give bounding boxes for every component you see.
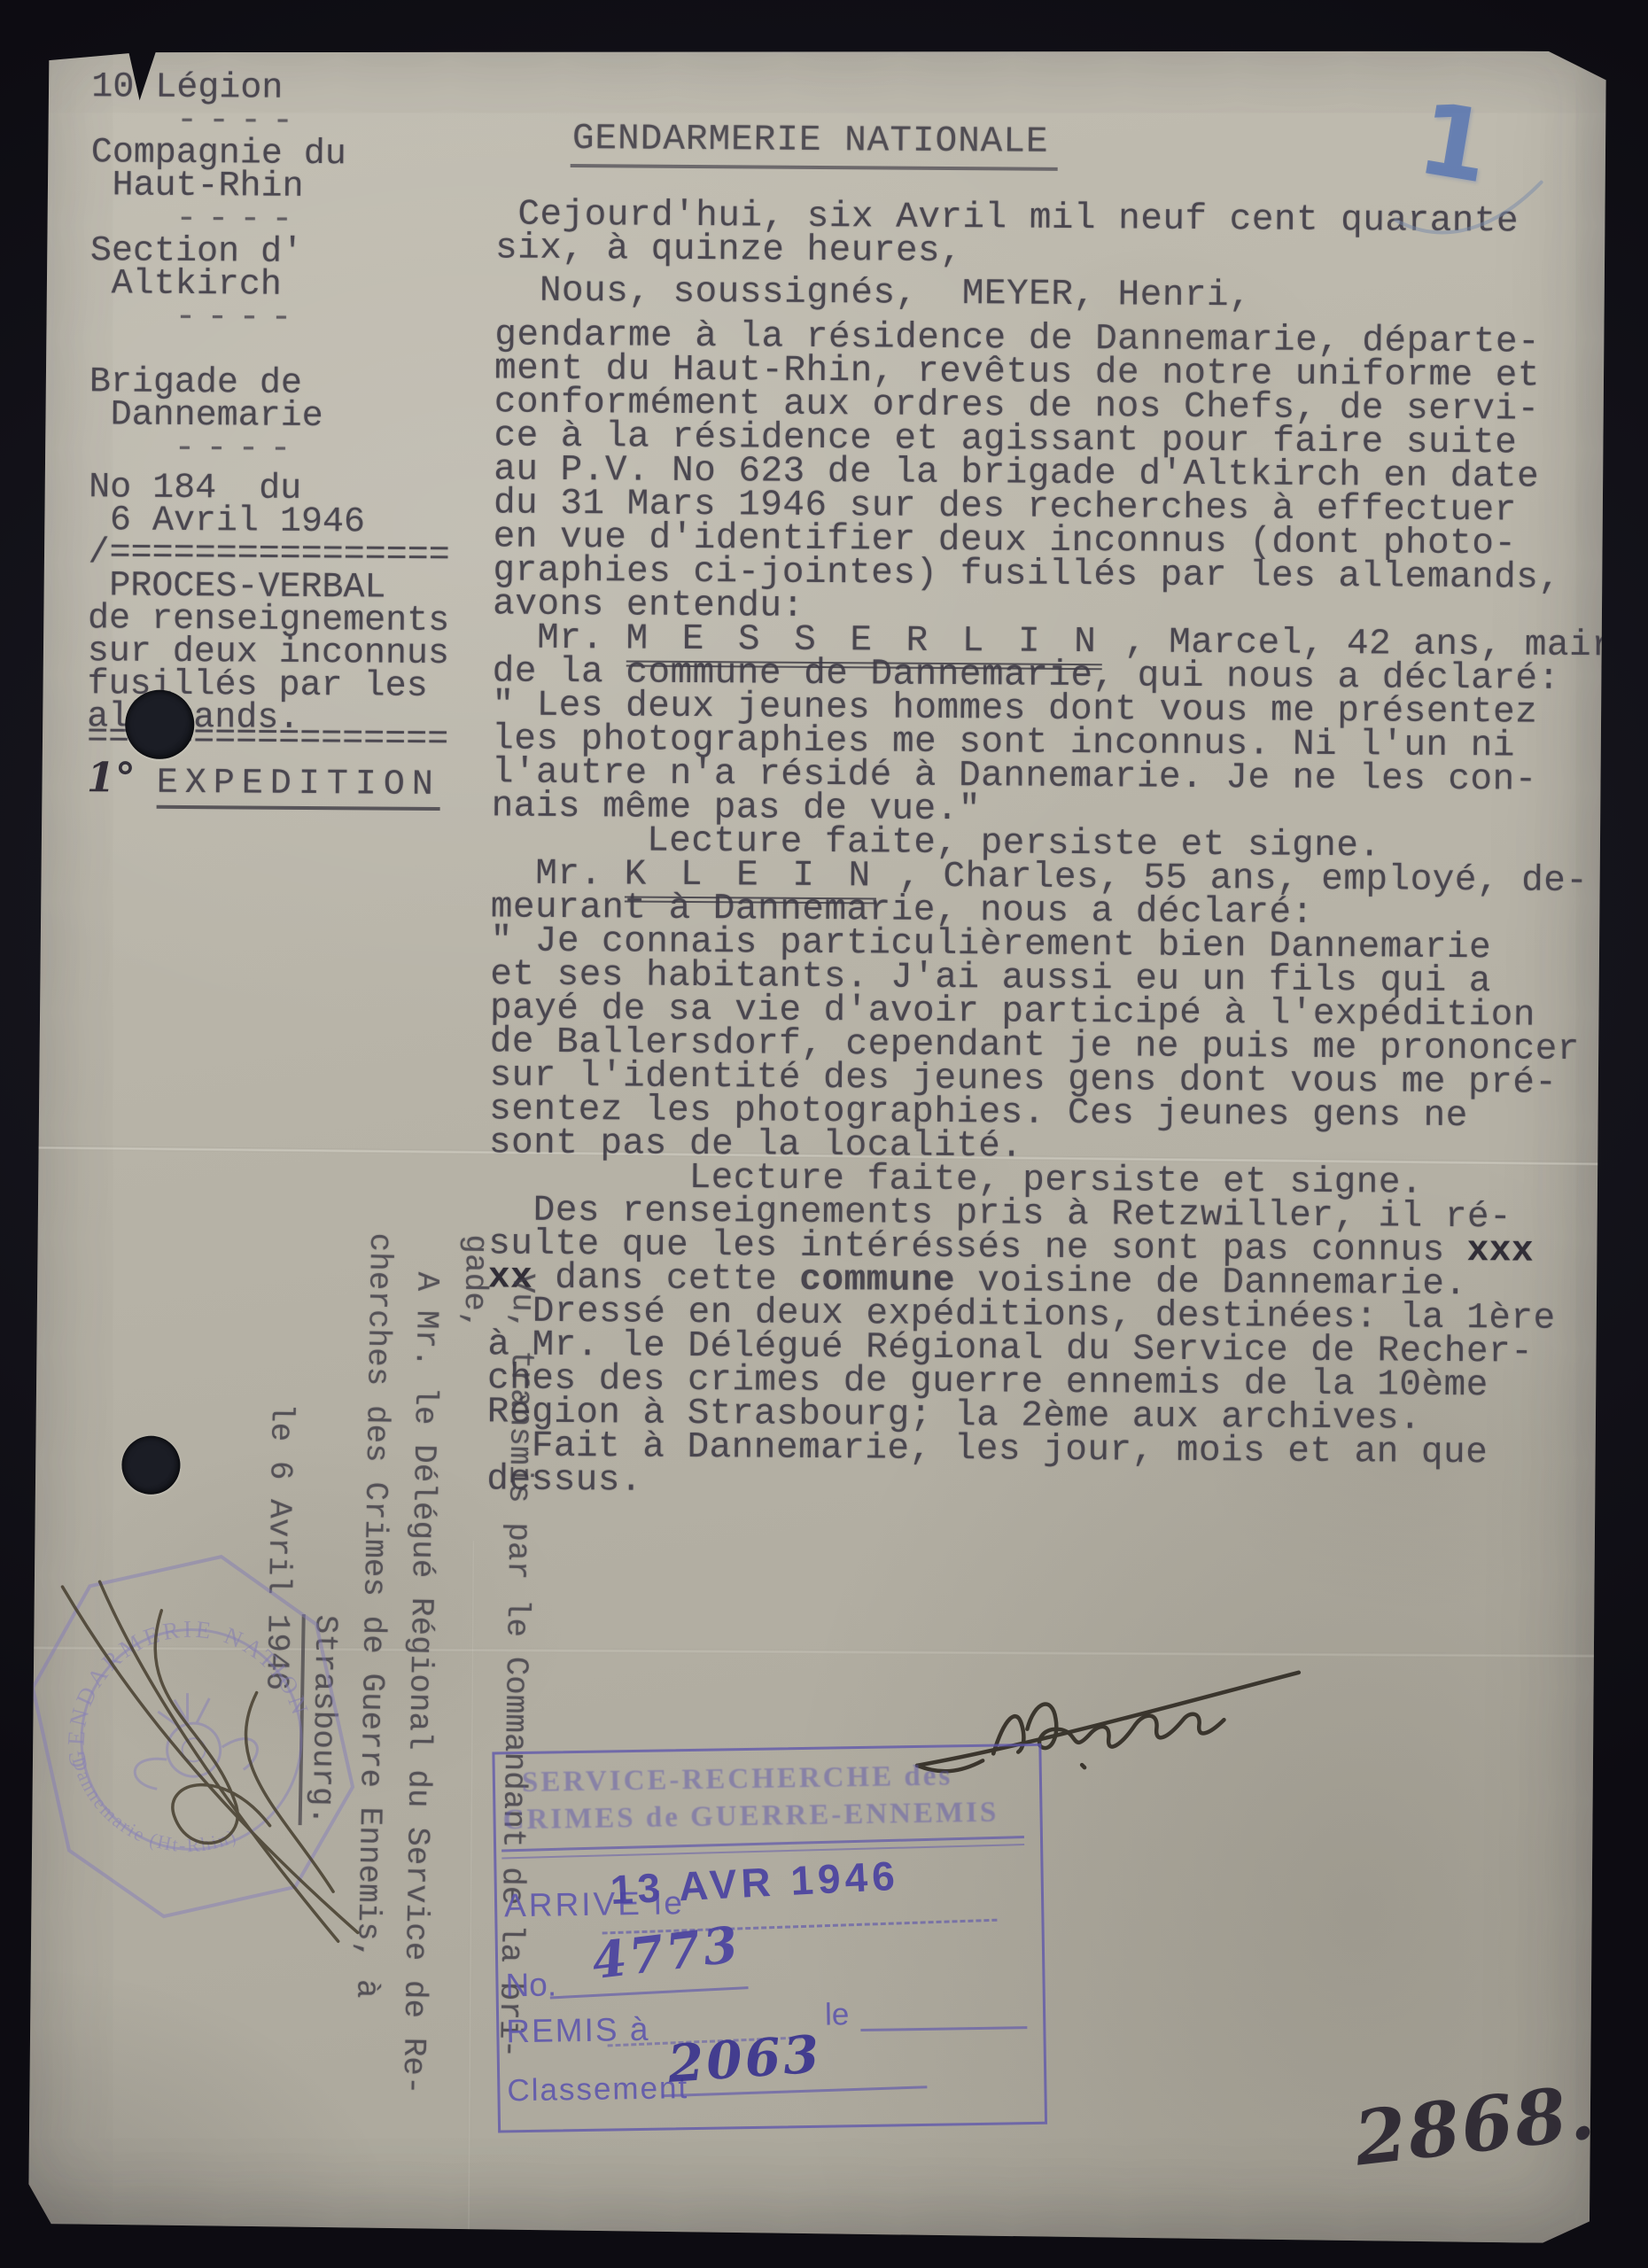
text-segment-xx: xxx xyxy=(1467,1231,1535,1272)
le-label: le xyxy=(825,1997,850,2032)
text-segment xyxy=(89,428,174,469)
text-line: 1° EXPEDITION xyxy=(87,761,481,802)
text-segment xyxy=(307,1231,351,1615)
classement-value-handwritten: 2063 xyxy=(666,2023,824,2094)
le-underline xyxy=(860,2026,1027,2031)
text-segment-exp: EXPEDITION xyxy=(157,764,440,811)
number-label: No. xyxy=(505,1966,556,2004)
arrival-stamp-title-line2: CRIMES de GUERRE-ENNEMIS xyxy=(502,1797,999,1837)
arrival-stamp-divider xyxy=(501,1836,1024,1859)
text-segment-hand1: 1° xyxy=(87,753,136,801)
number-value-handwritten: 4773 xyxy=(589,1915,744,1992)
text-line: Nous, soussignés, MEYER, Henri, xyxy=(495,274,1629,315)
punch-hole-bottom xyxy=(121,1436,180,1495)
pencil-swoosh xyxy=(1385,163,1556,254)
number-underline xyxy=(550,1986,749,1999)
scanned-document-page: 10 Légion ----Compagnie du Haut-Rhin ---… xyxy=(26,41,1607,2243)
document-title: GENDARMERIE NATIONALE xyxy=(571,119,1058,163)
text-segment xyxy=(136,764,157,804)
document-body: Cejourd'hui, six Avril mil neuf cent qua… xyxy=(486,198,1629,1504)
punch-hole-top xyxy=(125,690,195,760)
text-line: Fait à Dannemarie, les jour, mois et an … xyxy=(486,1429,1621,1471)
arrival-stamp-title-line1: SERVICE-RECHERCHE des xyxy=(522,1759,953,1799)
text-line: ---- xyxy=(89,431,483,467)
text-segment xyxy=(89,297,175,338)
text-segment-dash: ---- xyxy=(175,199,303,240)
archive-number-handwritten: 2868. xyxy=(1349,2068,1600,2183)
text-segment-dash: ---- xyxy=(174,429,301,470)
classement-label: Classement xyxy=(507,2070,688,2109)
arrival-stamp-box: SERVICE-RECHERCHE des CRIMES de GUERRE-E… xyxy=(492,1744,1047,2133)
arrive-date-stamp: 13 AVR 1946 xyxy=(610,1852,900,1914)
text-line: ---- xyxy=(89,300,484,336)
left-signature-scribble xyxy=(46,1578,396,1963)
text-segment-dash: ---- xyxy=(176,101,304,142)
text-segment-dash: ---- xyxy=(175,298,302,338)
document-title-text: GENDARMERIE NATIONALE xyxy=(571,119,1058,171)
